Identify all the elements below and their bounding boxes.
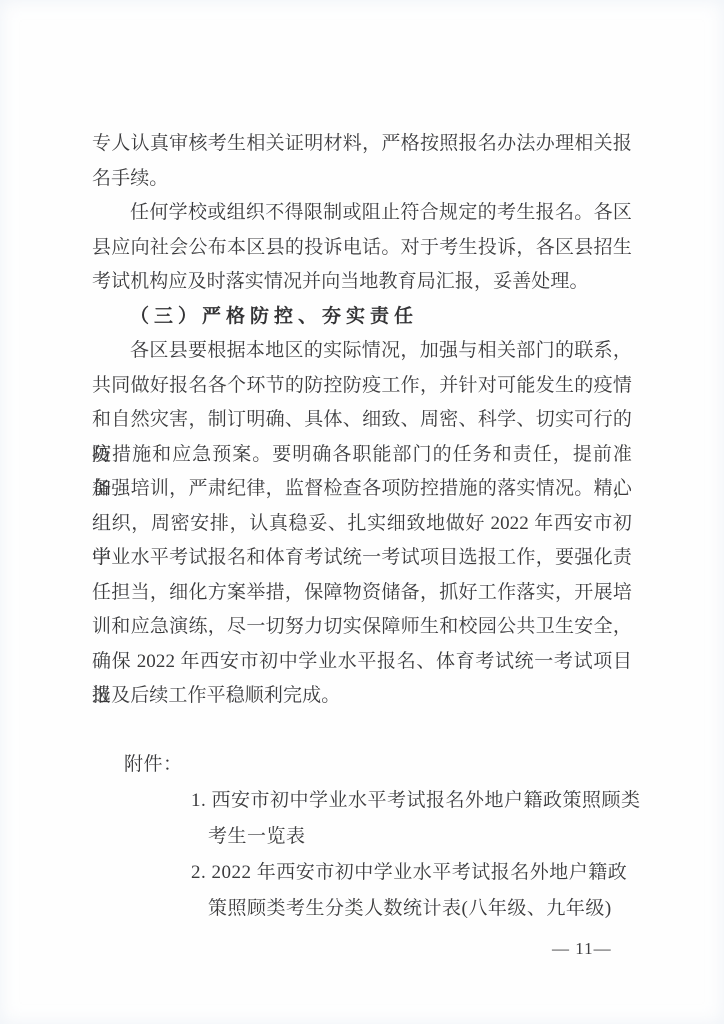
attachment-item-2-line-1: 2. 2022 年西安市初中学业水平考试报名外地户籍政 (92, 855, 632, 891)
attachment-item-1-line-1: 1. 西安市初中学业水平考试报名外地户籍政策照顾类 (92, 783, 632, 819)
attachments-label: 附件： (92, 747, 632, 783)
body-line: 各区县要根据本地区的实际情况，加强与相关部门的联系， (92, 334, 632, 369)
document-page: 专人认真审核考生相关证明材料，严格按照报名办法办理相关报 名手续。 任何学校或组… (0, 0, 724, 1024)
body-line: 和自然灾害，制订明确、具体、细致、周密、科学、切实可行的防 (92, 403, 632, 438)
body-line: 专人认真审核考生相关证明材料，严格按照报名办法办理相关报 (92, 127, 632, 162)
body-line: 确保 2022 年西安市初中学业水平报名、体育考试统一考试项目选 (92, 645, 632, 680)
body-line: 报及后续工作平稳顺利完成。 (92, 679, 632, 714)
body-text: 专人认真审核考生相关证明材料，严格按照报名办法办理相关报 名手续。 任何学校或组… (92, 127, 632, 927)
attachment-item-2-line-2: 策照顾类考生分类人数统计表(八年级、九年级) (92, 891, 632, 927)
body-line: 训和应急演练，尽一切努力切实保障师生和校园公共卫生安全， (92, 610, 632, 645)
body-line: 加强培训，严肃纪律，监督检查各项防控措施的落实情况。精心 (92, 472, 632, 507)
body-line: 考试机构应及时落实情况并向当地教育局汇报，妥善处理。 (92, 265, 632, 300)
body-line: 任何学校或组织不得限制或阻止符合规定的考生报名。各区 (92, 196, 632, 231)
attachments-section: 附件： 1. 西安市初中学业水平考试报名外地户籍政策照顾类 考生一览表 2. 2… (92, 747, 632, 927)
body-line: 疫措施和应急预案。要明确各职能部门的任务和责任，提前准备， (92, 438, 632, 473)
attachment-item-1-line-2: 考生一览表 (92, 819, 632, 855)
page-number: — 11— (552, 938, 612, 960)
body-line: 共同做好报名各个环节的防控防疫工作，并针对可能发生的疫情 (92, 369, 632, 404)
body-line: 学业水平考试报名和体育考试统一考试项目选报工作，要强化责 (92, 541, 632, 576)
section-heading: （三）严格防控、夯实责任 (92, 300, 632, 335)
body-line: 名手续。 (92, 162, 632, 197)
body-line: 任担当，细化方案举措，保障物资储备，抓好工作落实，开展培 (92, 576, 632, 611)
body-line: 县应向社会公布本区县的投诉电话。对于考生投诉，各区县招生 (92, 231, 632, 266)
body-line: 组织，周密安排，认真稳妥、扎实细致地做好 2022 年西安市初中 (92, 507, 632, 542)
